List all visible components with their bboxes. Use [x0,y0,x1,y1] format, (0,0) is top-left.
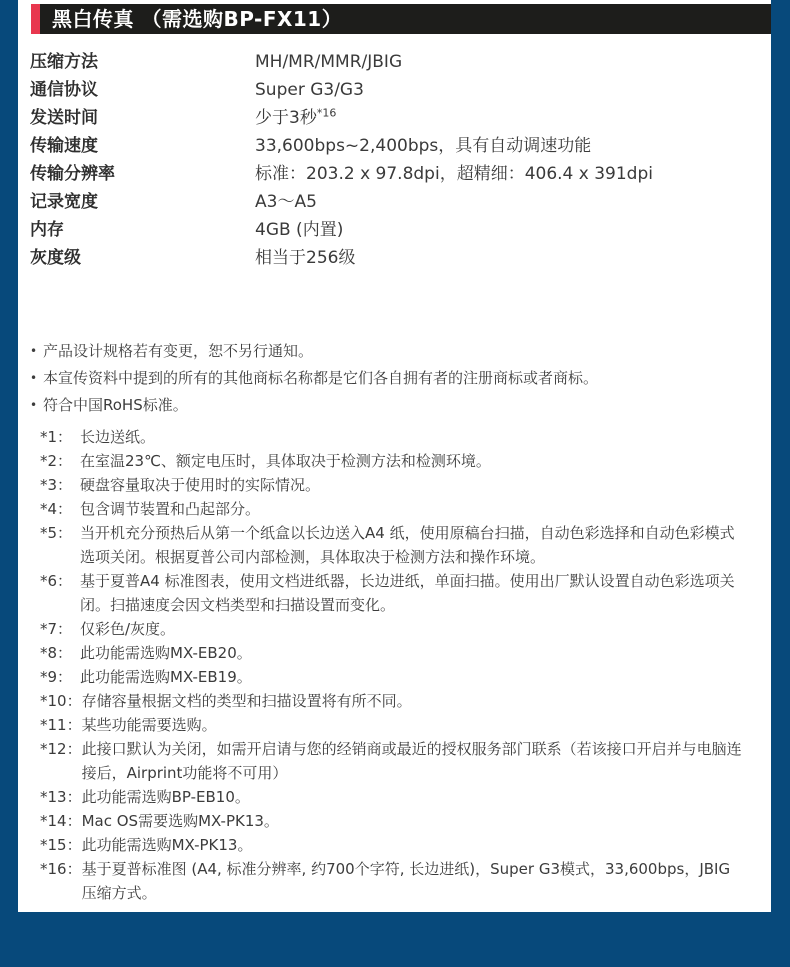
spec-label: 压缩方法 [30,48,255,76]
footnote-text: Mac OS需要选购MX-PK13。 [82,809,742,833]
footnote-label: *1： [40,425,80,449]
footnote-text: 当开机充分预热后从第一个纸盒以长边送入A4 纸，使用原稿台扫描，自动色彩选择和自… [80,521,742,569]
note-text: 产品设计规格若有变更，恕不另行通知。 [43,338,761,365]
general-notes: • 产品设计规格若有变更，恕不另行通知。 • 本宣传资料中提到的所有的其他商标名… [30,338,761,419]
footnote-row: *13： 此功能需选购BP-EB10。 [40,785,742,809]
footnote-text: 基于夏普标准图 (A4, 标准分辨率, 约700个字符, 长边进纸)，Super… [82,857,742,905]
spec-row: 内存 4GB (内置) [30,216,763,244]
footnote-label: *13： [40,785,82,809]
footnote-label: *2： [40,449,80,473]
spec-value-text: 标准：203.2 x 97.8dpi，超精细：406.4 x 391dpi [255,164,653,184]
red-accent-stripe [31,4,40,34]
spec-label: 传输分辨率 [30,160,255,188]
footnote-row: *4： 包含调节装置和凸起部分。 [40,497,742,521]
footnote-text: 仅彩色/灰度。 [80,617,742,641]
spec-value: Super G3/G3 [255,76,763,104]
spec-value: 33,600bps~2,400bps，具有自动调速功能 [255,132,763,160]
spec-value-footnote-ref: *16 [317,106,337,119]
spec-row: 压缩方法 MH/MR/MMR/JBIG [30,48,763,76]
content-sheet: 黑白传真 （需选购BP-FX11） 压缩方法 MH/MR/MMR/JBIG 通信… [18,0,771,912]
spec-label: 灰度级 [30,244,255,272]
spec-value: 标准：203.2 x 97.8dpi，超精细：406.4 x 391dpi [255,160,763,188]
footnote-label: *15： [40,833,82,857]
footnote-row: *16： 基于夏普标准图 (A4, 标准分辨率, 约700个字符, 长边进纸)，… [40,857,742,905]
footnote-label: *8： [40,641,80,665]
spec-value: MH/MR/MMR/JBIG [255,48,763,76]
footnote-text: 硬盘容量取决于使用时的实际情况。 [80,473,742,497]
footnote-row: *9： 此功能需选购MX-EB19。 [40,665,742,689]
spec-row: 记录宽度 A3～A5 [30,188,763,216]
spec-table: 压缩方法 MH/MR/MMR/JBIG 通信协议 Super G3/G3 发送时… [30,48,763,272]
spec-value-text: 4GB (内置) [255,220,343,240]
footnote-label: *6： [40,569,80,617]
note-row: • 本宣传资料中提到的所有的其他商标名称都是它们各自拥有者的注册商标或者商标。 [30,365,761,392]
footnote-label: *12： [40,737,82,785]
note-row: • 产品设计规格若有变更，恕不另行通知。 [30,338,761,365]
footnote-list: *1： 长边送纸。 *2： 在室温23℃、额定电压时，具体取决于检测方法和检测环… [40,425,742,905]
footnote-label: *3： [40,473,80,497]
spec-label: 记录宽度 [30,188,255,216]
note-text: 符合中国RoHS标准。 [43,392,761,419]
footnote-text: 某些功能需要选购。 [82,713,742,737]
spec-value: 相当于256级 [255,244,763,272]
footnote-row: *6： 基于夏普A4 标准图表，使用文档进纸器，长边进纸，单面扫描。使用出厂默认… [40,569,742,617]
footnote-text: 此功能需选购MX-PK13。 [82,833,742,857]
footnote-text: 此功能需选购BP-EB10。 [82,785,742,809]
footnote-text: 在室温23℃、额定电压时，具体取决于检测方法和检测环境。 [80,449,742,473]
spec-label: 内存 [30,216,255,244]
footnote-row: *8： 此功能需选购MX-EB20。 [40,641,742,665]
footnote-row: *2： 在室温23℃、额定电压时，具体取决于检测方法和检测环境。 [40,449,742,473]
spec-value-text: MH/MR/MMR/JBIG [255,52,402,72]
spec-label: 发送时间 [30,104,255,132]
footnote-text: 此功能需选购MX-EB20。 [80,641,742,665]
footnote-row: *11： 某些功能需要选购。 [40,713,742,737]
spec-row: 通信协议 Super G3/G3 [30,76,763,104]
spec-value-text: A3～A5 [255,192,317,212]
note-row: • 符合中国RoHS标准。 [30,392,761,419]
spec-value-text: 相当于256级 [255,248,355,268]
spec-label: 传输速度 [30,132,255,160]
spec-value-text: Super G3/G3 [255,80,364,100]
footnote-row: *12： 此接口默认为关闭，如需开启请与您的经销商或最近的授权服务部门联系（若该… [40,737,742,785]
footnote-text: 此接口默认为关闭，如需开启请与您的经销商或最近的授权服务部门联系（若该接口开启并… [82,737,742,785]
footnote-label: *10： [40,689,82,713]
note-text: 本宣传资料中提到的所有的其他商标名称都是它们各自拥有者的注册商标或者商标。 [43,365,761,392]
footnote-row: *7： 仅彩色/灰度。 [40,617,742,641]
bullet-icon: • [30,365,43,392]
bullet-icon: • [30,392,43,419]
footnote-text: 长边送纸。 [80,425,742,449]
footnote-row: *3： 硬盘容量取决于使用时的实际情况。 [40,473,742,497]
footnote-label: *9： [40,665,80,689]
footnote-label: *5： [40,521,80,569]
footnote-row: *1： 长边送纸。 [40,425,742,449]
bullet-icon: • [30,338,43,365]
footnote-label: *14： [40,809,82,833]
footnote-label: *16： [40,857,82,905]
footnote-label: *7： [40,617,80,641]
footnote-label: *4： [40,497,80,521]
footnote-text: 包含调节装置和凸起部分。 [80,497,742,521]
footnote-row: *5： 当开机充分预热后从第一个纸盒以长边送入A4 纸，使用原稿台扫描，自动色彩… [40,521,742,569]
footnote-row: *14： Mac OS需要选购MX-PK13。 [40,809,742,833]
spec-value: 4GB (内置) [255,216,763,244]
footnote-label: *11： [40,713,82,737]
section-header-bar: 黑白传真 （需选购BP-FX11） [31,4,771,34]
spec-row: 发送时间 少于3秒*16 [30,104,763,132]
spec-row: 传输速度 33,600bps~2,400bps，具有自动调速功能 [30,132,763,160]
spec-label: 通信协议 [30,76,255,104]
spec-sheet-page: 黑白传真 （需选购BP-FX11） 压缩方法 MH/MR/MMR/JBIG 通信… [0,0,790,967]
spec-value-text: 33,600bps~2,400bps，具有自动调速功能 [255,136,591,156]
spec-value-text: 少于3秒 [255,108,317,128]
footnote-row: *10： 存储容量根据文档的类型和扫描设置将有所不同。 [40,689,742,713]
spec-value: 少于3秒*16 [255,104,763,132]
spec-value: A3～A5 [255,188,763,216]
footnote-row: *15： 此功能需选购MX-PK13。 [40,833,742,857]
footnote-text: 基于夏普A4 标准图表，使用文档进纸器，长边进纸，单面扫描。使用出厂默认设置自动… [80,569,742,617]
spec-row: 灰度级 相当于256级 [30,244,763,272]
footnote-text: 此功能需选购MX-EB19。 [80,665,742,689]
footnote-text: 存储容量根据文档的类型和扫描设置将有所不同。 [82,689,742,713]
spec-row: 传输分辨率 标准：203.2 x 97.8dpi，超精细：406.4 x 391… [30,160,763,188]
section-title: 黑白传真 （需选购BP-FX11） [40,4,342,34]
